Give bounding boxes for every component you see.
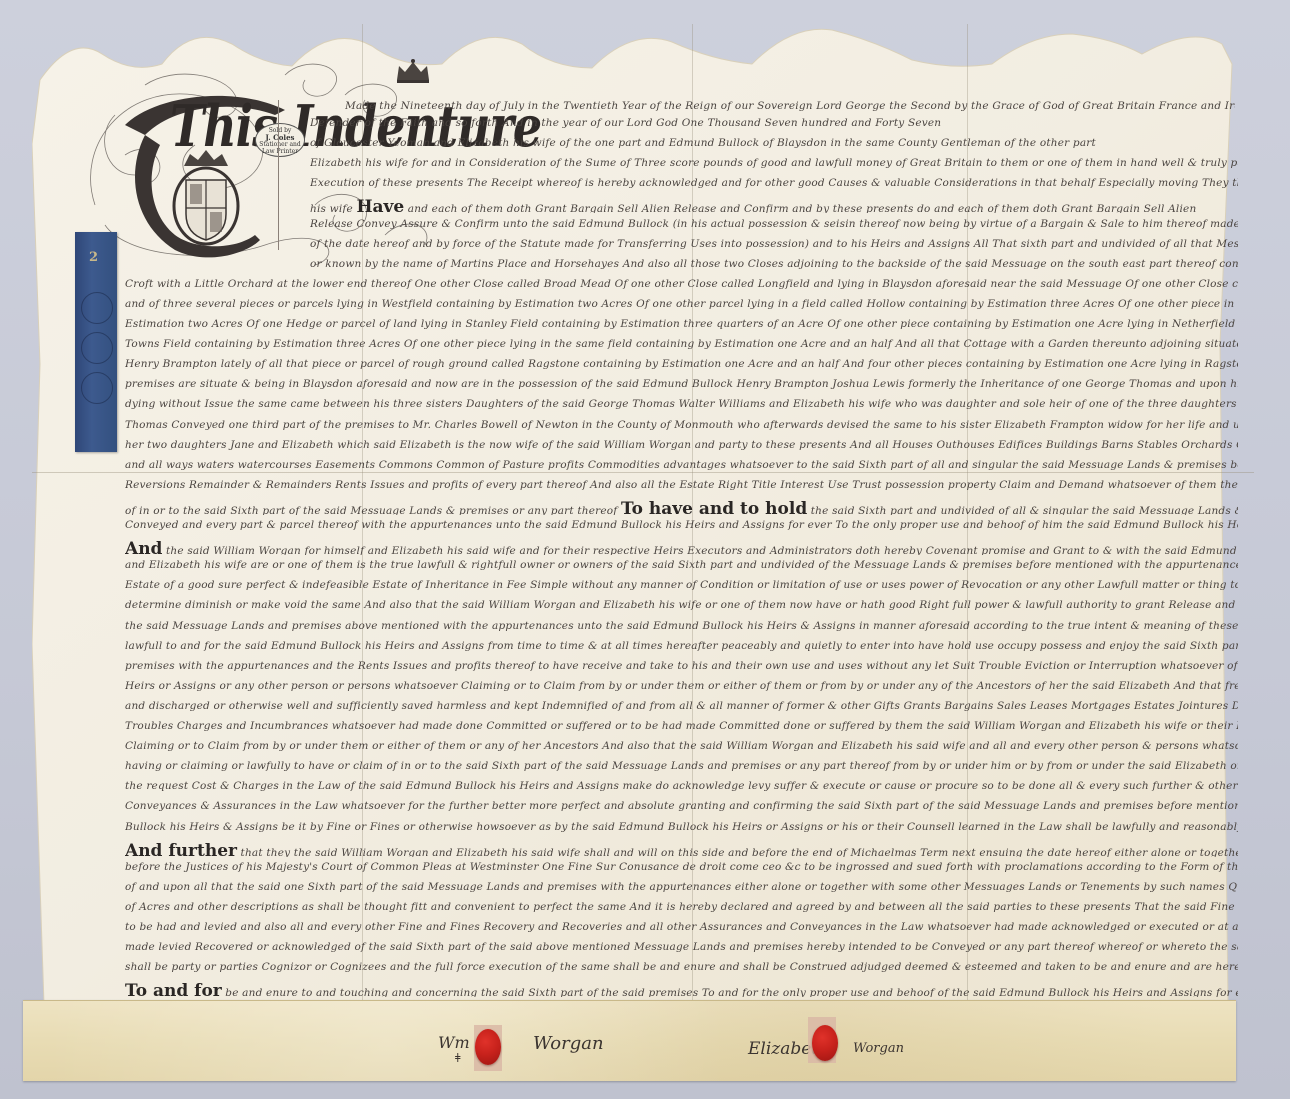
deed-line-text: Henry Brampton lately of all that piece … <box>125 358 1238 370</box>
deed-line-text: and all ways waters watercourses Easemen… <box>125 459 1238 471</box>
embossed-stamp-icon <box>81 332 113 364</box>
deed-line-text: made levied Recovered or acknowledged of… <box>125 941 1238 953</box>
deed-keyword: Have <box>356 197 404 213</box>
deed-line: the said Messuage Lands and premises abo… <box>125 620 1238 636</box>
wax-seal-icon <box>475 1029 501 1065</box>
deed-line: To and for be and enure to and touching … <box>125 981 1238 997</box>
deed-line: Bullock his Heirs & Assigns be it by Fin… <box>125 821 1238 837</box>
deed-line: Elizabeth his wife for and in Considerat… <box>310 157 1238 173</box>
deed-line: shall be party or parties Cognizor or Co… <box>125 961 1238 977</box>
deed-line: Towns Field containing by Estimation thr… <box>125 338 1238 354</box>
deed-line: or known by the name of Martins Place an… <box>310 258 1238 274</box>
deed-line-text: Conveyances & Assurances in the Law what… <box>125 800 1238 812</box>
deed-line-text: be and enure to and touching and concern… <box>225 987 1238 997</box>
deed-line-text: of and upon all that the said one Sixth … <box>125 881 1238 893</box>
deed-line: and of three several pieces or parcels l… <box>125 298 1238 314</box>
deed-line-text: having or claiming or lawfully to have o… <box>125 760 1238 772</box>
deed-line-prefix: of in or to the said Sixth part of the s… <box>125 505 617 515</box>
deed-line-text: Defender of the Faith and so forth And i… <box>310 117 941 129</box>
deed-line: Thomas Conveyed one third part of the pr… <box>125 419 1238 435</box>
deed-line: of in or to the said Sixth part of the s… <box>125 499 1238 515</box>
deed-line-text: determine diminish or make void the same… <box>125 599 1238 611</box>
deed-line: of and upon all that the said one Sixth … <box>125 881 1238 897</box>
printer-mark-line: J. Coles <box>256 134 304 141</box>
royal-coat-of-arms-icon <box>170 148 242 248</box>
deed-line-text: the request Cost & Charges in the Law of… <box>125 780 1238 792</box>
deed-line: Henry Brampton lately of all that piece … <box>125 358 1238 374</box>
signature-strip: Wm ǂ Worgan Elizabeth Worgan <box>23 1000 1236 1081</box>
deed-line-prefix: his wife <box>310 203 353 213</box>
deed-line: the request Cost & Charges in the Law of… <box>125 780 1238 796</box>
deed-line: dying without Issue the same came betwee… <box>125 398 1238 414</box>
deed-line: having or claiming or lawfully to have o… <box>125 760 1238 776</box>
deed-line-text: Elizabeth his wife for and in Considerat… <box>310 157 1238 169</box>
deed-line: Heirs or Assigns or any other person or … <box>125 680 1238 696</box>
deed-line: Release Convey Assure & Confirm unto the… <box>310 218 1238 234</box>
deed-line-text: or known by the name of Martins Place an… <box>310 258 1238 270</box>
deed-line: Estate of a good sure perfect & indefeas… <box>125 579 1238 595</box>
deed-line: and all ways waters watercourses Easemen… <box>125 459 1238 475</box>
deed-line-text: the said Messuage Lands and premises abo… <box>125 620 1238 632</box>
margin-rule <box>278 100 279 250</box>
deed-line: Conveyed and every part & parcel thereof… <box>125 519 1238 535</box>
deed-line: to be had and levied and also all and ev… <box>125 921 1238 937</box>
deed-line: and Elizabeth his wife are or one of the… <box>125 559 1238 575</box>
deed-line: premises with the appurtenances and the … <box>125 660 1238 676</box>
deed-line-text: her two daughters Jane and Elizabeth whi… <box>125 439 1238 451</box>
deed-line: and discharged or otherwise well and suf… <box>125 700 1238 716</box>
signature-last-name: Worgan <box>853 1041 904 1056</box>
deed-line: And further that they the said William W… <box>125 841 1238 857</box>
deed-keyword: And <box>125 539 162 555</box>
deed-line-text: Estimation two Acres Of one Hedge or par… <box>125 318 1238 330</box>
duty-stamp-ribbon: 2 <box>75 232 117 452</box>
deed-line-text: Troubles Charges and Incumbrances whatso… <box>125 720 1238 732</box>
printer-mark-line: Stationer and <box>256 141 304 148</box>
printer-mark-line: Law Printer <box>256 148 304 155</box>
printer-mark: Sold by J. Coles Stationer and Law Print… <box>255 123 305 157</box>
deed-line-text: and Elizabeth his wife are or one of the… <box>125 559 1238 571</box>
signature-mark: ǂ <box>455 1051 461 1065</box>
deed-line-text: Heirs or Assigns or any other person or … <box>125 680 1238 692</box>
deed-line-text: of Gloucester Yeoman and Elizabeth his w… <box>310 137 1096 149</box>
deed-line-text: the said Sixth part and undivided of all… <box>811 505 1238 515</box>
ribbon-number: 2 <box>89 250 98 265</box>
deed-line: Croft with a Little Orchard at the lower… <box>125 278 1238 294</box>
deed-line: Defender of the Faith and so forth And i… <box>310 117 1238 133</box>
deed-line-text: lawfull to and for the said Edmund Bullo… <box>125 640 1238 652</box>
deed-line-text: Thomas Conveyed one third part of the pr… <box>125 419 1238 431</box>
deed-line: Estimation two Acres Of one Hedge or par… <box>125 318 1238 334</box>
deed-line-text: that they the said William Worgan and El… <box>241 847 1238 857</box>
date-line: Made the Nineteenth day of July in the T… <box>345 100 1235 116</box>
date-line-text: Made the Nineteenth day of July in the T… <box>345 100 1235 112</box>
deed-line: Reversions Remainder & Remainders Rents … <box>125 479 1238 495</box>
deed-line-text: and each of them doth Grant Bargain Sell… <box>408 203 1197 213</box>
deed-line-text: premises with the appurtenances and the … <box>125 660 1238 672</box>
vellum-texture <box>23 1001 1236 1081</box>
deed-line: made levied Recovered or acknowledged of… <box>125 941 1238 957</box>
deed-line: lawfull to and for the said Edmund Bullo… <box>125 640 1238 656</box>
deed-line: before the Justices of his Majesty's Cou… <box>125 861 1238 877</box>
deed-line: of Gloucester Yeoman and Elizabeth his w… <box>310 137 1238 153</box>
deed-line: Execution of these presents The Receipt … <box>310 177 1238 193</box>
deed-line-text: premises are situate & being in Blaysdon… <box>125 378 1238 390</box>
deed-line: of Acres and other descriptions as shall… <box>125 901 1238 917</box>
deed-line-text: Claiming or to Claim from by or under th… <box>125 740 1238 752</box>
deed-line: of the date hereof and by force of the S… <box>310 238 1238 254</box>
deed-line: Claiming or to Claim from by or under th… <box>125 740 1238 756</box>
deed-line-text: Conveyed and every part & parcel thereof… <box>125 519 1238 531</box>
deed-keyword: To have and to hold <box>621 499 807 515</box>
embossed-stamp-icon <box>81 372 113 404</box>
deed-line-text: of Acres and other descriptions as shall… <box>125 901 1238 913</box>
deed-line-text: shall be party or parties Cognizor or Co… <box>125 961 1238 973</box>
wax-seal-icon <box>812 1025 838 1061</box>
deed-line-text: Towns Field containing by Estimation thr… <box>125 338 1238 350</box>
deed-line: her two daughters Jane and Elizabeth whi… <box>125 439 1238 455</box>
deed-line: Conveyances & Assurances in the Law what… <box>125 800 1238 816</box>
crown-icon <box>395 58 431 84</box>
deed-line: premises are situate & being in Blaysdon… <box>125 378 1238 394</box>
embossed-stamp-icon <box>81 292 113 324</box>
deed-line-text: Release Convey Assure & Confirm unto the… <box>310 218 1238 230</box>
deed-line: Troubles Charges and Incumbrances whatso… <box>125 720 1238 736</box>
signature-last-name: Worgan <box>533 1033 604 1054</box>
deed-line-text: Reversions Remainder & Remainders Rents … <box>125 479 1238 491</box>
deed-line-text: the said William Worgan for himself and … <box>166 545 1238 555</box>
deed-line-text: of the date hereof and by force of the S… <box>310 238 1238 250</box>
signature-first-name: Wm <box>438 1033 470 1052</box>
deed-line-text: Execution of these presents The Receipt … <box>310 177 1238 189</box>
deed-line-text: dying without Issue the same came betwee… <box>125 398 1238 410</box>
deed-line-text: to be had and levied and also all and ev… <box>125 921 1238 933</box>
deed-line-text: before the Justices of his Majesty's Cou… <box>125 861 1238 873</box>
deed-line-text: Bullock his Heirs & Assigns be it by Fin… <box>125 821 1238 833</box>
deed-line-text: Croft with a Little Orchard at the lower… <box>125 278 1238 290</box>
deed-line-text: and of three several pieces or parcels l… <box>125 298 1238 310</box>
deed-line: And the said William Worgan for himself … <box>125 539 1238 555</box>
deed-line-text: and discharged or otherwise well and suf… <box>125 700 1238 712</box>
deed-line: his wife Have and each of them doth Gran… <box>310 197 1238 213</box>
deed-line-text: Estate of a good sure perfect & indefeas… <box>125 579 1238 591</box>
deed-keyword: To and for <box>125 981 222 997</box>
deed-keyword: And further <box>125 841 237 857</box>
deed-line: determine diminish or make void the same… <box>125 599 1238 615</box>
